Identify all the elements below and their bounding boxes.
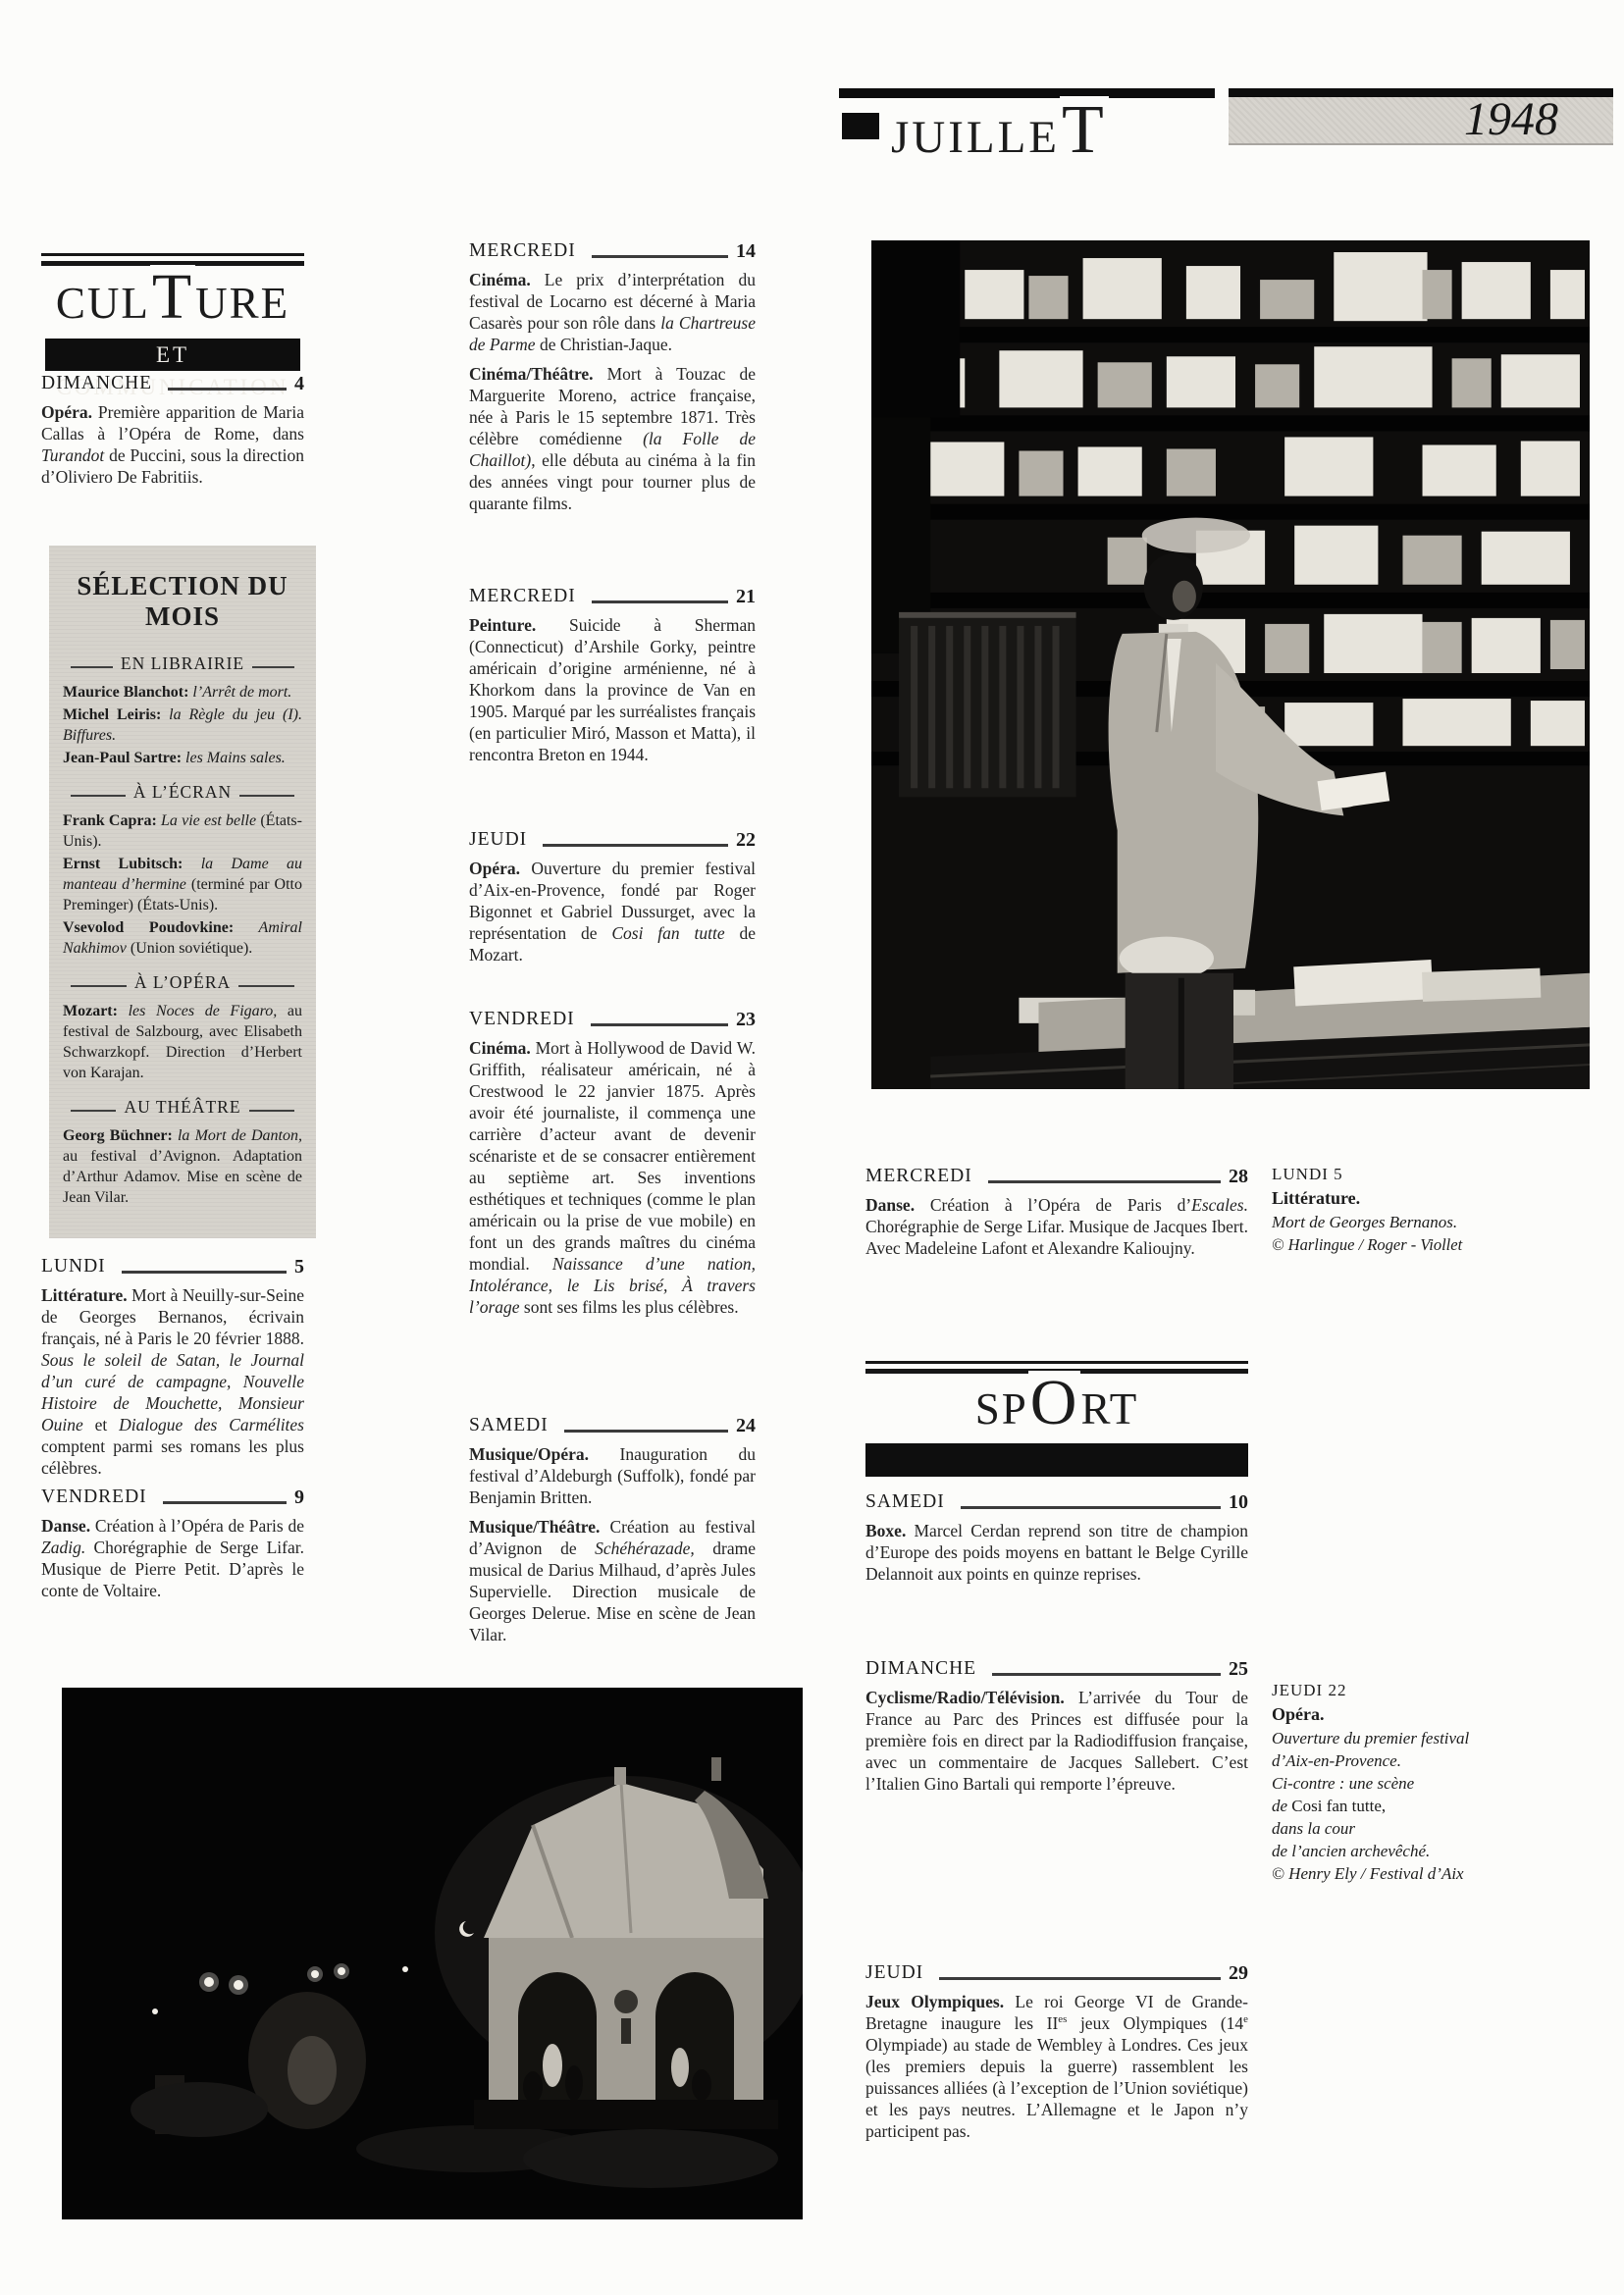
calendar-entry-samedi-10: SAMEDI10Boxe. Marcel Cerdan reprend son …: [865, 1491, 1248, 1592]
caption-line: Ouverture du premier festival: [1272, 1727, 1610, 1749]
entry-day-label: DIMANCHE: [41, 373, 152, 394]
heading-rule: [71, 985, 127, 987]
entry-paragraph: Danse. Création à l’Opéra de Paris de Za…: [41, 1515, 304, 1601]
photo-cosi-fan-tutte-stage: [62, 1688, 803, 2219]
sport-title-capital: O: [1028, 1371, 1081, 1435]
sport-title-post: RT: [1080, 1384, 1138, 1434]
entry-paragraph: Cinéma. Le prix d’interprétation du fest…: [469, 269, 756, 355]
caption-line: dans la cour: [1272, 1817, 1610, 1840]
text-segment: Création à l’Opéra de Paris de: [90, 1516, 304, 1536]
text-segment: Littérature.: [41, 1285, 128, 1305]
entry-day-label: JEUDI: [865, 1962, 923, 1984]
entry-date-number: 9: [294, 1487, 304, 1508]
entry-header: JEUDI22: [469, 829, 756, 851]
selection-heading-label: À L’ÉCRAN: [133, 782, 232, 803]
calendar-entry-jeudi-29: JEUDI29Jeux Olympiques. Le roi George VI…: [865, 1962, 1248, 2150]
entry-day-label: JEUDI: [469, 829, 527, 851]
sport-title-pre: SP: [975, 1384, 1028, 1434]
text-segment: Turandot: [41, 445, 104, 465]
entry-header: SAMEDI10: [865, 1491, 1248, 1513]
heading-rule: [71, 1110, 116, 1112]
sport-entries: SAMEDI10Boxe. Marcel Cerdan reprend son …: [865, 1491, 1248, 2257]
selection-item: Mozart: les Noces de Figaro, au festival…: [63, 1001, 302, 1083]
text-segment: Suicide à Sherman (Connecticut) d’Arshil…: [469, 615, 756, 764]
entry-header: LUNDI5: [41, 1256, 304, 1278]
text-segment: de: [1272, 1797, 1291, 1815]
entry-header: VENDREDI9: [41, 1487, 304, 1508]
entry-header: MERCREDI28: [865, 1166, 1248, 1187]
calendar-entry-jeudi-22: JEUDI22Opéra. Ouverture du premier festi…: [469, 829, 756, 973]
entry-day-label: SAMEDI: [865, 1491, 945, 1513]
selection-item: Ernst Lubitsch: la Dame au manteau d’her…: [63, 854, 302, 915]
selection-section-heading: AU THÉÂTRE: [63, 1097, 302, 1118]
entry-rule: [564, 1430, 728, 1433]
text-segment: les Noces de Figaro,: [118, 1003, 277, 1019]
entry-header: DIMANCHE4: [41, 373, 304, 394]
text-segment: Cinéma/Théâtre.: [469, 364, 594, 384]
selection-item: Jean-Paul Sartre: les Mains sales.: [63, 748, 302, 768]
entry-rule: [592, 600, 728, 603]
entry-rule: [939, 1977, 1221, 1980]
text-segment: les Mains sales.: [182, 750, 286, 766]
entry-day-label: MERCREDI: [865, 1166, 972, 1187]
entry-header: SAMEDI24: [469, 1415, 756, 1436]
heading-rule: [71, 666, 113, 668]
selection-sections: EN LIBRAIRIEMaurice Blanchot: l’Arrêt de…: [63, 653, 302, 1208]
entry-paragraph: Danse. Création à l’Opéra de Paris d’Esc…: [865, 1194, 1248, 1259]
entry-rule: [591, 1023, 728, 1026]
entry-date-number: 10: [1229, 1491, 1248, 1513]
entry-day-label: VENDREDI: [469, 1009, 575, 1030]
entry-paragraph: Cinéma/Théâtre. Mort à Touzac de Marguer…: [469, 363, 756, 514]
selection-section-heading: À L’ÉCRAN: [63, 782, 302, 803]
text-segment: l’Arrêt de mort.: [188, 684, 291, 701]
selection-du-mois-box: SÉLECTION DU MOIS EN LIBRAIRIEMaurice Bl…: [49, 546, 316, 1238]
month-title: JUILLET: [891, 96, 1109, 165]
text-segment: Musique/Théâtre.: [469, 1517, 600, 1537]
entry-day-label: SAMEDI: [469, 1415, 549, 1436]
caption-topic: Opéra.: [1272, 1703, 1610, 1725]
text-segment: dans la cour: [1272, 1819, 1355, 1838]
calendar-entry-vendredi-23: VENDREDI23Cinéma. Mort à Hollywood de Da…: [469, 1009, 756, 1326]
caption-line: d’Aix-en-Provence.: [1272, 1749, 1610, 1772]
heading-rule: [71, 795, 126, 797]
text-segment: Escales.: [1191, 1195, 1248, 1215]
text-segment: la Mort de Danton,: [173, 1127, 302, 1144]
text-segment: au festival d’Avignon. Adaptation d’Arth…: [63, 1148, 302, 1206]
entry-day-label: MERCREDI: [469, 586, 576, 607]
text-segment: Jeux Olympiques.: [865, 1992, 1004, 2011]
year-label: 1948: [1464, 95, 1558, 144]
text-segment: d’Aix-en-Provence.: [1272, 1751, 1401, 1770]
heading-rule: [239, 795, 294, 797]
selection-item: Michel Leiris: la Règle du jeu (I). Biff…: [63, 704, 302, 746]
text-segment: Danse.: [41, 1516, 90, 1536]
entry-paragraph: Musique/Opéra. Inauguration du festival …: [469, 1443, 756, 1508]
entry-rule: [988, 1180, 1221, 1183]
entry-rule: [992, 1673, 1221, 1676]
entry-header: MERCREDI14: [469, 240, 756, 262]
text-segment: Cinéma.: [469, 270, 531, 289]
entry-rule: [168, 388, 287, 391]
text-segment: Jean-Paul Sartre:: [63, 750, 182, 766]
square-bullet-icon: [842, 113, 879, 139]
caption-line: de Cosi fan tutte,: [1272, 1795, 1610, 1817]
text-segment: Olympiade) au stade de Wembley à Londres…: [865, 2035, 1248, 2141]
entry-date-number: 29: [1229, 1962, 1248, 1984]
entry-paragraph: Boxe. Marcel Cerdan reprend son titre de…: [865, 1520, 1248, 1585]
text-segment: Cyclisme/Radio/Télévision.: [865, 1688, 1065, 1707]
entry-header: VENDREDI23: [469, 1009, 756, 1030]
calendar-entry-mercredi-21: MERCREDI21Peinture. Suicide à Sherman (C…: [469, 586, 756, 773]
right-column-entry: MERCREDI28Danse. Création à l’Opéra de P…: [865, 1166, 1248, 1267]
caption-day: LUNDI 5: [1272, 1164, 1610, 1185]
text-segment: es: [1058, 2013, 1067, 2025]
sport-section-header: SPORT: [865, 1359, 1248, 1477]
text-segment: Dialogue des Carmélites: [119, 1415, 304, 1434]
entry-day-label: VENDREDI: [41, 1487, 147, 1508]
entry-date-number: 14: [736, 240, 756, 262]
caption-line: Mort de Georges Bernanos.: [1272, 1211, 1610, 1233]
left-column-entries-bottom: LUNDI5Littérature. Mort à Neuilly-sur-Se…: [41, 1256, 304, 1609]
selection-item: Georg Büchner: la Mort de Danton, au fes…: [63, 1125, 302, 1208]
masthead-title: JUILLET: [839, 96, 1231, 165]
entry-rule: [961, 1506, 1221, 1509]
text-segment: La vie est belle: [157, 812, 256, 829]
entry-rule: [122, 1271, 287, 1274]
caption-line: © Henry Ely / Festival d’Aix: [1272, 1862, 1610, 1885]
text-segment: Marcel Cerdan reprend son titre de champ…: [865, 1521, 1248, 1584]
entry-date-number: 22: [736, 829, 756, 851]
text-segment: Ouverture du premier festival: [1272, 1729, 1469, 1747]
text-segment: (Union soviétique).: [127, 940, 252, 957]
text-segment: de Christian-Jaque.: [536, 335, 672, 354]
text-segment: Cosi fan tutte: [611, 923, 724, 943]
text-segment: Cinéma.: [469, 1038, 531, 1058]
calendar-entry-mercredi-28: MERCREDI28Danse. Création à l’Opéra de P…: [865, 1166, 1248, 1259]
entry-paragraph: Littérature. Mort à Neuilly-sur-Seine de…: [41, 1284, 304, 1479]
text-segment: Mort de Georges Bernanos.: [1272, 1213, 1457, 1231]
entry-date-number: 24: [736, 1415, 756, 1436]
selection-heading-label: EN LIBRAIRIE: [121, 653, 244, 674]
culture-section-header: CULTURE ET COMMUNICATION: [41, 251, 304, 371]
photo-bernanos-bookshop: [871, 240, 1590, 1089]
heading-rule: [249, 1110, 294, 1112]
header-rule-thin: [865, 1361, 1248, 1364]
text-segment: Ernst Lubitsch:: [63, 856, 183, 872]
entry-paragraph: Cyclisme/Radio/Télévision. L’arrivée du …: [865, 1687, 1248, 1795]
culture-title-pre: CUL: [56, 279, 150, 328]
calendar-entry-lundi-5: LUNDI5Littérature. Mort à Neuilly-sur-Se…: [41, 1256, 304, 1479]
entry-date-number: 25: [1229, 1658, 1248, 1680]
text-segment: Danse.: [865, 1195, 915, 1215]
caption-credit: © Harlingue / Roger - Viollet: [1272, 1233, 1610, 1256]
calendar-entry-vendredi-9: VENDREDI9Danse. Création à l’Opéra de Pa…: [41, 1487, 304, 1601]
bookshop-photo-illustration: [871, 240, 1590, 1089]
year-box: 1948: [1229, 88, 1613, 145]
entry-date-number: 4: [294, 373, 304, 394]
calendar-entry-dimanche-25: DIMANCHE25Cyclisme/Radio/Télévision. L’a…: [865, 1658, 1248, 1802]
culture-title: CULTURE: [41, 265, 304, 330]
left-column-entries-top: DIMANCHE4Opéra. Première apparition de M…: [41, 373, 304, 496]
entry-paragraph: Cinéma. Mort à Hollywood de David W. Gri…: [469, 1037, 756, 1318]
heading-rule: [252, 666, 294, 668]
text-segment: Musique/Opéra.: [469, 1444, 589, 1464]
column-middle-entries: MERCREDI14Cinéma. Le prix d’interprétati…: [469, 240, 756, 1712]
entry-header: JEUDI29: [865, 1962, 1248, 1984]
heading-rule: [238, 985, 294, 987]
calendar-entry-samedi-24: SAMEDI24Musique/Opéra. Inauguration du f…: [469, 1415, 756, 1653]
text-segment: Ci-contre : une scène: [1272, 1774, 1414, 1793]
magazine-page: JUILLET 1948: [0, 0, 1624, 2295]
selection-item: Vsevolod Poudovkine: Amiral Nakhimov (Un…: [63, 917, 302, 959]
text-segment: Vsevolod Poudovkine:: [63, 919, 234, 936]
month-title-text: JUILLE: [891, 112, 1060, 163]
entry-paragraph: Opéra. Ouverture du premier festival d’A…: [469, 858, 756, 965]
header-rule-thin: [41, 253, 304, 256]
entry-header: DIMANCHE25: [865, 1658, 1248, 1680]
entry-date-number: 28: [1229, 1166, 1248, 1187]
text-segment: de l’ancien archevêché.: [1272, 1842, 1430, 1860]
text-segment: © Henry Ely / Festival d’Aix: [1272, 1864, 1464, 1883]
calendar-entry-dimanche-4: DIMANCHE4Opéra. Première apparition de M…: [41, 373, 304, 488]
caption-topic: Littérature.: [1272, 1187, 1610, 1209]
entry-header: MERCREDI21: [469, 586, 756, 607]
text-segment: Opéra.: [41, 402, 92, 422]
text-segment: Cosi fan tutte,: [1291, 1797, 1386, 1815]
sport-subtitle-bar: [865, 1443, 1248, 1477]
caption-lundi-5: LUNDI 5Littérature.Mort de Georges Berna…: [1272, 1164, 1610, 1256]
entry-rule: [592, 255, 728, 258]
text-segment: Opéra.: [469, 859, 520, 878]
caption-line: de l’ancien archevêché.: [1272, 1840, 1610, 1862]
text-segment: sont ses films les plus célèbres.: [520, 1297, 739, 1317]
selection-heading-label: AU THÉÂTRE: [124, 1097, 240, 1118]
calendar-entry-mercredi-14: MERCREDI14Cinéma. Le prix d’interprétati…: [469, 240, 756, 522]
text-segment: Maurice Blanchot:: [63, 684, 188, 701]
text-segment: Boxe.: [865, 1521, 906, 1540]
entry-day-label: LUNDI: [41, 1256, 106, 1278]
text-segment: Mozart:: [63, 1003, 118, 1019]
selection-heading-label: À L’OPÉRA: [134, 972, 231, 993]
text-segment: jeux Olympiques (14: [1067, 2013, 1243, 2033]
text-segment: Schéhérazade,: [595, 1539, 695, 1558]
text-segment: Michel Leiris:: [63, 706, 161, 723]
entry-paragraph: Peinture. Suicide à Sherman (Connecticut…: [469, 614, 756, 765]
entry-date-number: 23: [736, 1009, 756, 1030]
entry-paragraph: Opéra. Première apparition de Maria Call…: [41, 401, 304, 488]
text-segment: Chorégraphie de Serge Lifar. Musique de …: [865, 1217, 1248, 1258]
caption-jeudi-22: JEUDI 22Opéra.Ouverture du premier festi…: [1272, 1680, 1610, 1885]
text-segment: Zadig.: [41, 1538, 85, 1557]
text-segment: e: [1243, 2013, 1248, 2025]
selection-item: Maurice Blanchot: l’Arrêt de mort.: [63, 682, 302, 703]
selection-section-heading: EN LIBRAIRIE: [63, 653, 302, 674]
text-segment: Création à l’Opéra de Paris d’: [915, 1195, 1191, 1215]
culture-title-post: URE: [195, 279, 289, 328]
entry-date-number: 5: [294, 1256, 304, 1278]
entry-day-label: MERCREDI: [469, 240, 576, 262]
entry-paragraph: Musique/Théâtre. Création au festival d’…: [469, 1516, 756, 1645]
entry-rule: [543, 844, 728, 847]
text-segment: Peinture.: [469, 615, 536, 635]
sport-title: SPORT: [865, 1371, 1248, 1435]
month-title-capital: T: [1060, 96, 1109, 165]
selection-title: SÉLECTION DU MOIS: [63, 571, 302, 632]
text-segment: Georg Büchner:: [63, 1127, 173, 1144]
entry-day-label: DIMANCHE: [865, 1658, 976, 1680]
culture-title-capital: T: [150, 265, 195, 330]
text-segment: comptent parmi ses romans les plus célèb…: [41, 1436, 304, 1478]
entry-paragraph: Jeux Olympiques. Le roi George VI de Gra…: [865, 1991, 1248, 2142]
culture-subtitle-bar: ET COMMUNICATION: [45, 339, 300, 371]
stage-photo-illustration: [62, 1688, 803, 2219]
selection-section-heading: À L’OPÉRA: [63, 972, 302, 993]
selection-item: Frank Capra: La vie est belle (États-Uni…: [63, 810, 302, 852]
text-segment: Frank Capra:: [63, 812, 157, 829]
column-culture: CULTURE ET COMMUNICATION DIMANCHE4Opéra.…: [41, 251, 304, 371]
text-segment: et: [83, 1415, 119, 1434]
text-segment: Mort à Hollywood de David W. Griffith, r…: [469, 1038, 756, 1274]
entry-rule: [163, 1501, 287, 1504]
caption-line: Ci-contre : une scène: [1272, 1772, 1610, 1795]
entry-date-number: 21: [736, 586, 756, 607]
caption-day: JEUDI 22: [1272, 1680, 1610, 1701]
